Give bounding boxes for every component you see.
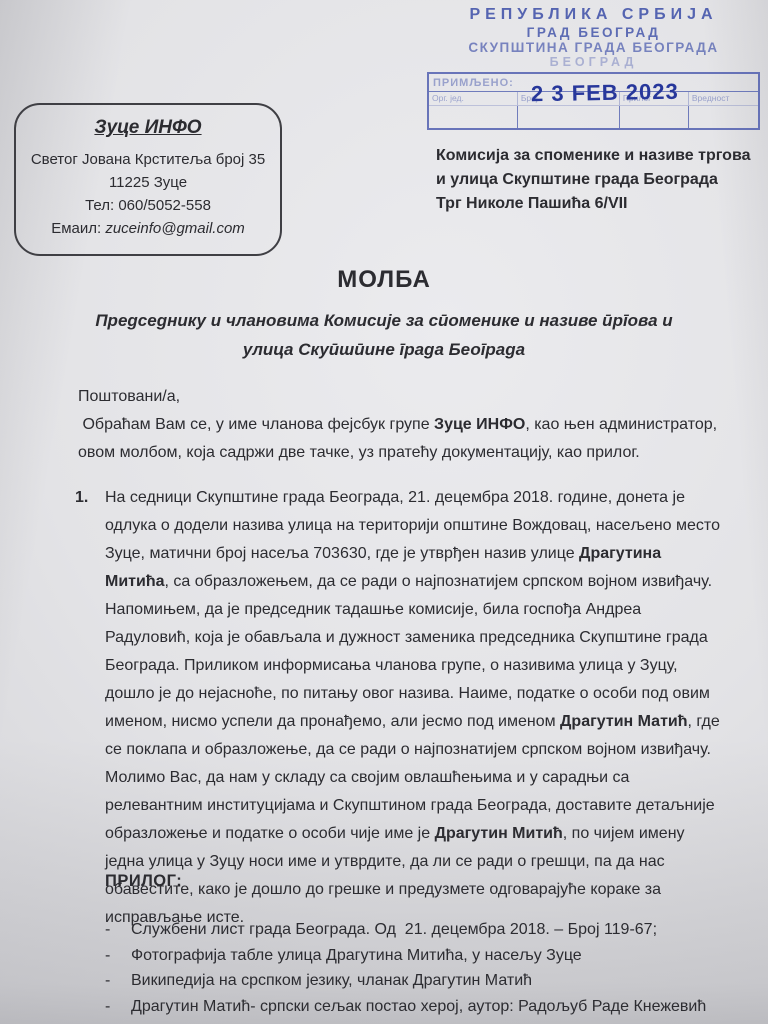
group-name-bold: Зуце ИНФО [434,416,525,433]
stamp-column-org: Орг. јед. [429,92,518,106]
intro-paragraph: Обраћам Вам се, у име чланова фејсбук гр… [78,411,728,467]
bullet-dash: - [105,917,131,943]
attachment-list: - Службени лист града Београда. Од 21. д… [105,917,733,1019]
request-item-1: 1. На седници Скупштине града Београда, … [75,484,727,932]
sender-email-label: Емаил: [51,220,105,237]
scanned-letter-page: Зуце ИНФО Светог Јована Крститеља број 3… [0,0,768,1024]
stamp-received-label: ПРИМЉЕНО: [433,77,514,89]
subtitle-line-1: Председнику и члановима Комисије за сūом… [0,306,768,335]
stamp-column-value: Вредност [689,92,758,106]
bullet-dash: - [105,943,131,969]
bullet-dash: - [105,968,131,994]
attachment-text: Службени лист града Београда. Од 21. дец… [131,917,733,943]
stamp-cell-empty [518,106,620,128]
stamp-cell-empty [429,106,518,128]
stamp-cell-empty [620,106,689,128]
sender-name: Зуце ИНФО [22,117,274,139]
receipt-stamp: РЕПУБЛИКА СРБИЈА ГРАД БЕОГРАД СКУПШТИНА … [427,6,760,130]
stamp-date: 2 3 FEB 2023 [531,79,679,108]
document-subtitle: Председнику и члановима Комисије за сūом… [0,306,768,364]
item-paragraph: На седници Скупштине града Београда, 21.… [105,484,727,932]
recipient-line-1: Комисија за споменике и називе тргова [436,144,750,168]
bullet-dash: - [105,994,131,1020]
recipient-line-2: и улица Скупштине града Београда [436,168,750,192]
stamp-table: ПРИМЉЕНО: 2 3 FEB 2023 Орг. јед. Број Пр… [427,72,760,130]
item-text: , где се поклапа и образложење, да се ра… [105,713,724,842]
recipient-line-3: Трг Николе Пашића 6/VII [436,192,750,216]
sender-phone: Тел: 060/5052-558 [22,194,274,217]
document-title: МОЛБА [0,266,768,294]
recipient-block: Комисија за споменике и називе тргова и … [436,144,750,216]
list-item: - Службени лист града Београда. Од 21. д… [105,917,733,943]
sender-city: 11225 Зуце [22,171,274,194]
attachment-text: Википедија на срспком језику, чланак Дра… [131,968,733,994]
sender-email-value: zuceinfo@gmail.com [105,220,244,237]
stamp-belgrade-line: БЕОГРАД [427,55,760,69]
sender-info-box: Зуце ИНФО Светог Јована Крститеља број 3… [14,103,282,256]
stamp-city-line: ГРАД БЕОГРАД [427,25,760,40]
attachment-text: Драгутин Матић- српски сељак постао херо… [131,994,733,1020]
item-text: , са образложењем, да се ради о најпозна… [105,573,716,730]
attachments-heading: ПРИЛОГ: [105,872,182,891]
subtitle-line-2: улица Скуūшūине īрада Беоīрада [0,335,768,364]
item-number: 1. [75,484,105,932]
stamp-assembly-line: СКУПШТИНА ГРАДА БЕОГРАДА [427,40,760,55]
street-name-bold: Драгутин Митић [435,825,563,842]
sender-email: Емаил: zuceinfo@gmail.com [22,217,274,240]
attachment-text: Фотографија табле улица Драгутина Митића… [131,943,733,969]
list-item: - Драгутин Матић- српски сељак постао хе… [105,994,733,1020]
list-item: - Фотографија табле улица Драгутина Мити… [105,943,733,969]
salutation: Поштовани/а, [78,383,728,411]
stamp-cell-empty [689,106,758,128]
sender-address: Светог Јована Крститеља број 35 [22,148,274,171]
intro-text: Обраћам Вам се, у име чланова фејсбук гр… [78,416,434,433]
list-item: - Википедија на срспком језику, чланак Д… [105,968,733,994]
person-name-bold: Драгутин Матић [560,713,687,730]
intro-block: Поштовани/а, Обраћам Вам се, у име члано… [78,383,728,467]
stamp-republic-line: РЕПУБЛИКА СРБИЈА [427,6,760,24]
